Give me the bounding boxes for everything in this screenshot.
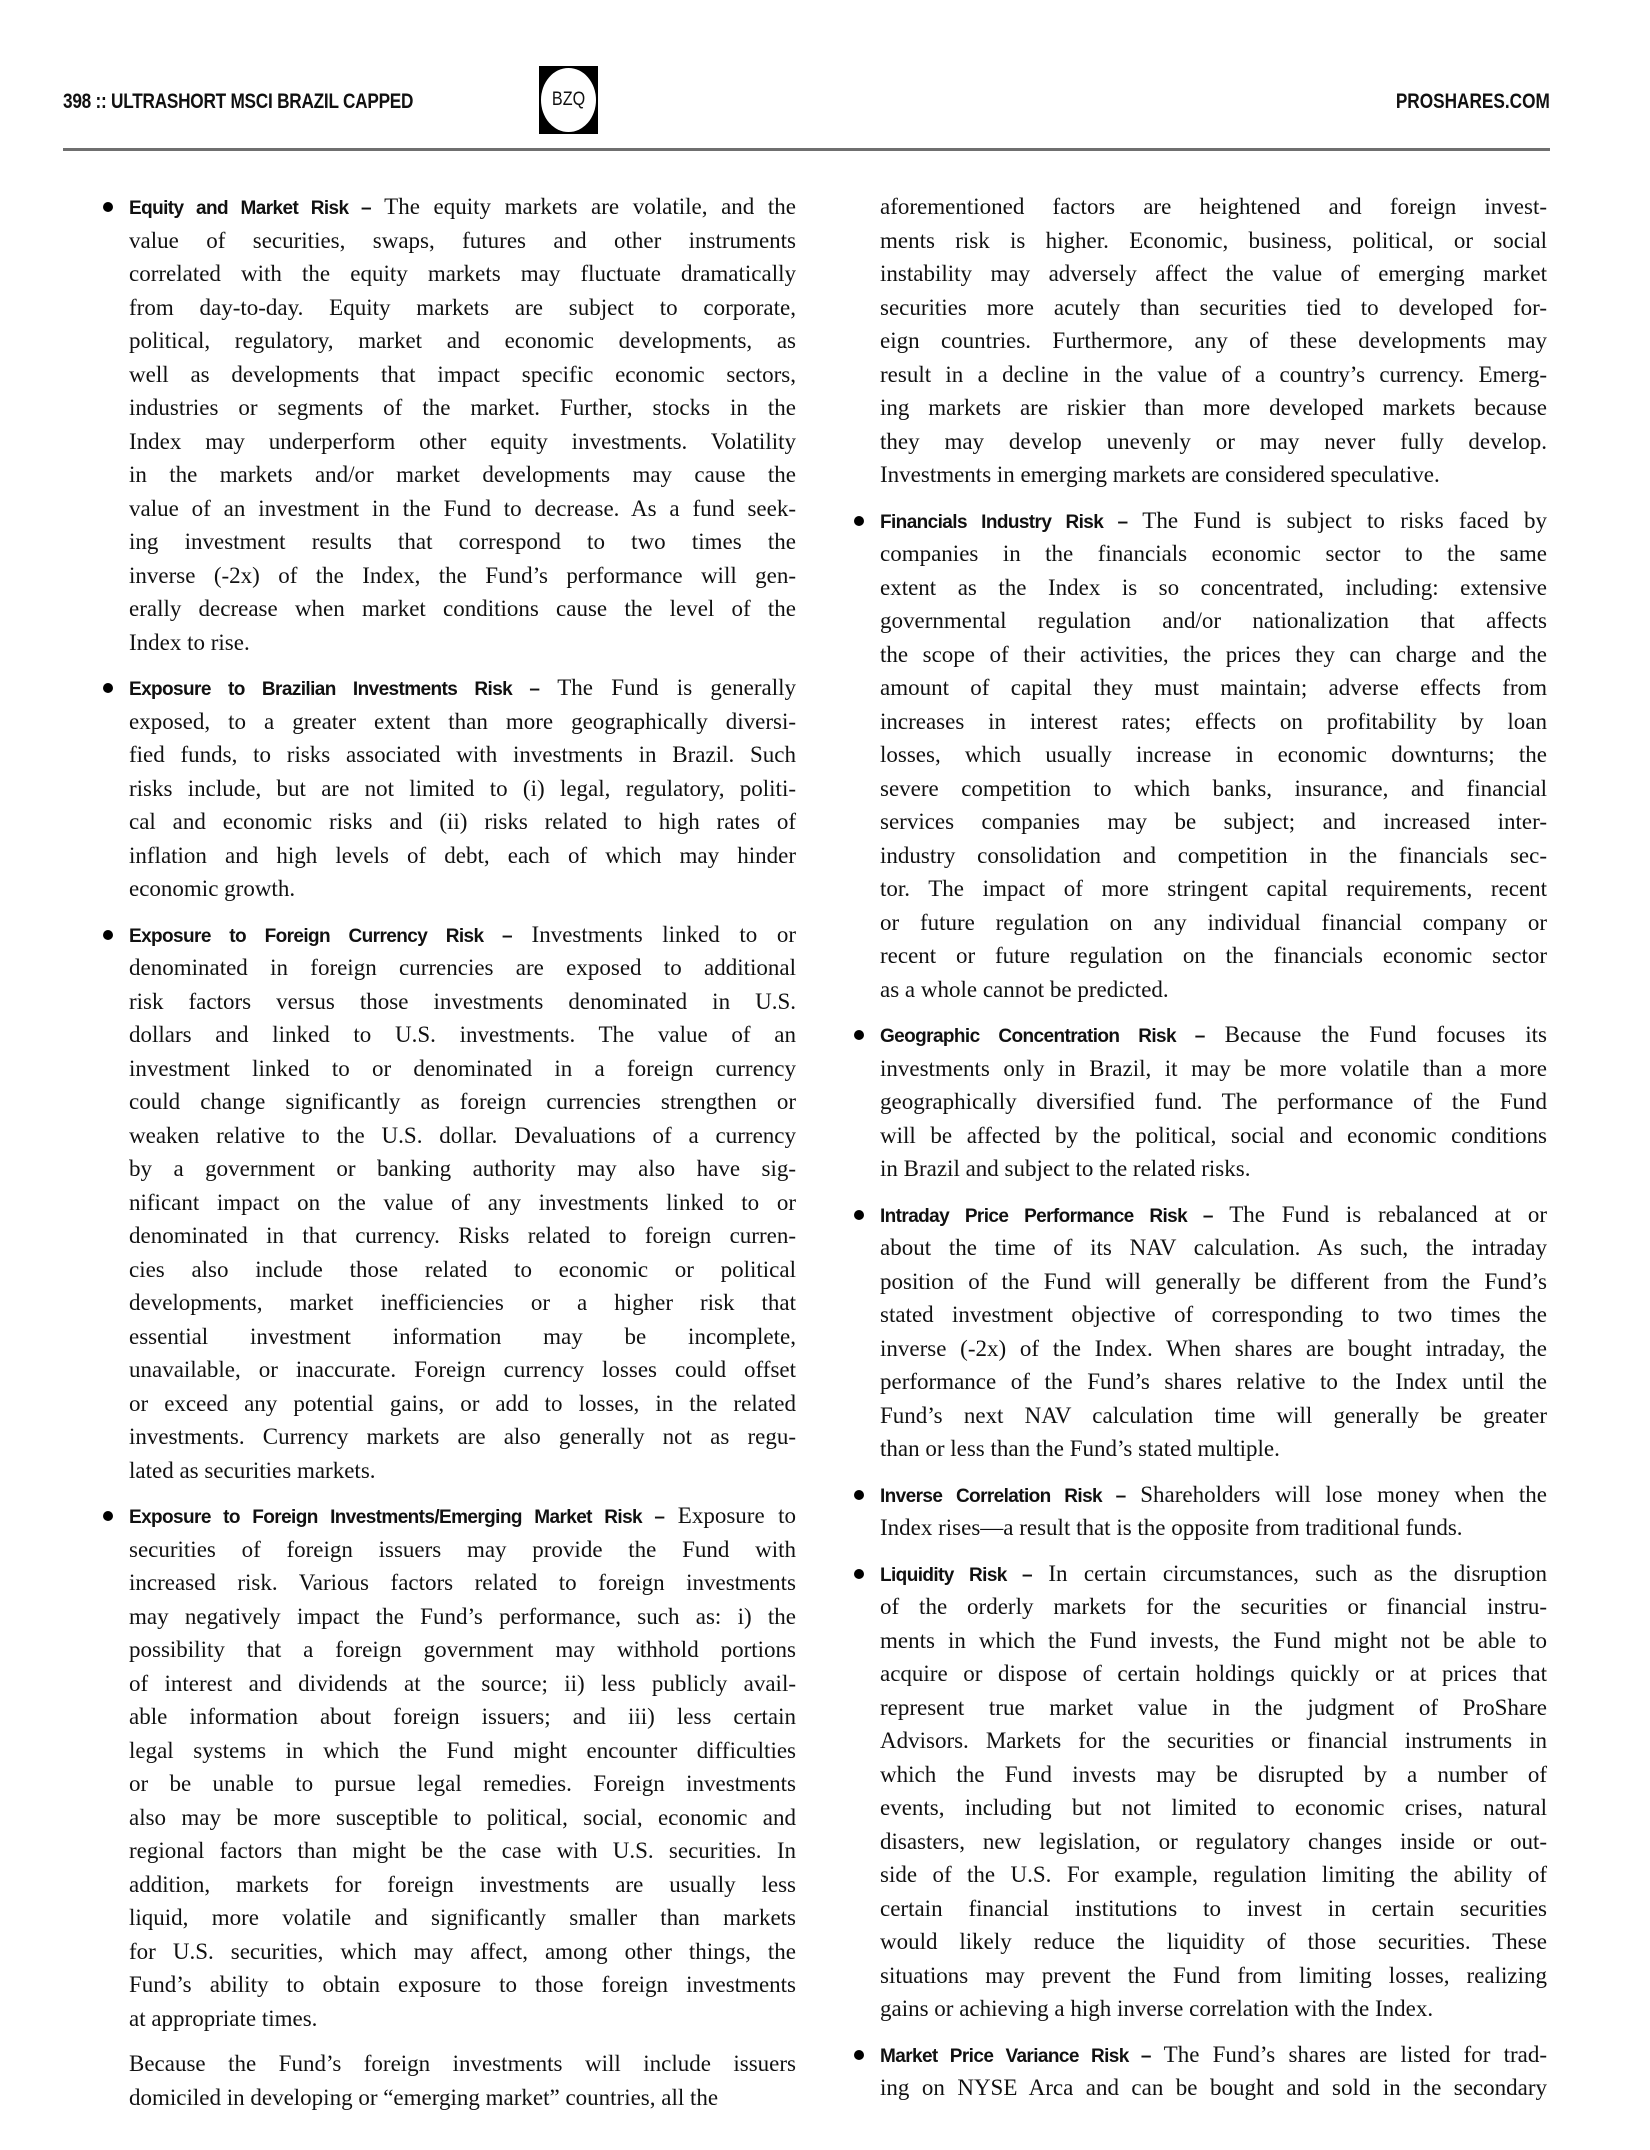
text-line-content: Index to rise.: [129, 626, 796, 660]
text-line-content: or exceed any potential gains, or add to…: [129, 1387, 796, 1421]
line-text: The Fund’s shares are listed for trad-: [1151, 2042, 1547, 2067]
line-text: position of the Fund will generally be d…: [880, 1269, 1547, 1294]
text-line: eign countries. Furthermore, any of thes…: [880, 324, 1547, 358]
line-text: securities of foreign issuers may provid…: [129, 1537, 796, 1562]
text-line: than or less than the Fund’s stated mult…: [880, 1432, 1547, 1466]
text-line: ing investment results that correspond t…: [129, 525, 796, 559]
line-text: investments only in Brazil, it may be mo…: [880, 1056, 1547, 1081]
line-text: or be unable to pursue legal remedies. F…: [129, 1771, 796, 1796]
line-text: Index may underperform other equity inve…: [129, 429, 796, 454]
text-line: possibility that a foreign government ma…: [129, 1633, 796, 1667]
text-line-content: eign countries. Furthermore, any of thes…: [880, 324, 1547, 358]
line-text: domiciled in developing or “emerging mar…: [129, 2085, 718, 2110]
risk-term-market-price-variance-risk: Market Price Variance Risk –: [880, 2046, 1151, 2067]
line-text: The equity markets are volatile, and the: [371, 194, 796, 219]
text-line: industry consolidation and competition i…: [880, 839, 1547, 873]
line-text: amount of capital they must maintain; ad…: [880, 675, 1547, 700]
text-line: ing on NYSE Arca and can be bought and s…: [880, 2071, 1547, 2105]
text-line-content: acquire or dispose of certain holdings q…: [880, 1657, 1547, 1691]
text-line: securities of foreign issuers may provid…: [129, 1533, 796, 1567]
text-line: liquid, more volatile and significantly …: [129, 1901, 796, 1935]
line-text: inverse (-2x) of the Index, the Fund’s p…: [129, 563, 796, 588]
text-line-content: risk factors versus those investments de…: [129, 985, 796, 1019]
text-line: increased risk. Various factors related …: [129, 1566, 796, 1600]
text-line: Index rises—a result that is the opposit…: [880, 1511, 1547, 1545]
text-line: would likely reduce the liquidity of tho…: [880, 1925, 1547, 1959]
line-text: the scope of their activities, the price…: [880, 642, 1547, 667]
line-text: of interest and dividends at the source;…: [129, 1671, 796, 1696]
line-text: stated investment objective of correspon…: [880, 1302, 1547, 1327]
line-text: in Brazil and subject to the related ris…: [880, 1156, 1250, 1181]
text-line-content: denominated in that currency. Risks rela…: [129, 1219, 796, 1253]
text-line: recent or future regulation on the finan…: [880, 939, 1547, 973]
text-line-content: recent or future regulation on the finan…: [880, 939, 1547, 973]
text-line: Index may underperform other equity inve…: [129, 425, 796, 459]
text-line: Fund’s ability to obtain exposure to tho…: [129, 1968, 796, 2002]
line-text: nificant impact on the value of any inve…: [129, 1190, 796, 1215]
text-line: companies in the financials economic sec…: [880, 537, 1547, 571]
text-line: cies also include those related to econo…: [129, 1253, 796, 1287]
text-line: performance of the Fund’s shares relativ…: [880, 1365, 1547, 1399]
text-line: inverse (-2x) of the Index. When shares …: [880, 1332, 1547, 1366]
line-text: side of the U.S. For example, regulation…: [880, 1862, 1547, 1887]
line-text: result in a decline in the value of a co…: [880, 362, 1547, 387]
text-line-content: Index rises—a result that is the opposit…: [880, 1511, 1547, 1545]
text-line: ments risk is higher. Economic, business…: [880, 224, 1547, 258]
line-text: value of an investment in the Fund to de…: [129, 496, 796, 521]
line-text: instability may adversely affect the val…: [880, 261, 1547, 286]
text-line: dollars and linked to U.S. investments. …: [129, 1018, 796, 1052]
text-line-content: investments. Currency markets are also g…: [129, 1420, 796, 1454]
line-text: addition, markets for foreign investment…: [129, 1872, 796, 1897]
line-text: ing investment results that correspond t…: [129, 529, 796, 554]
text-line-content: Intraday Price Performance Risk – The Fu…: [880, 1198, 1547, 1234]
header-divider: [63, 148, 1550, 151]
text-line: well as developments that impact specifi…: [129, 358, 796, 392]
text-line-content: ing markets are riskier than more develo…: [880, 391, 1547, 425]
line-text: weaken relative to the U.S. dollar. Deva…: [129, 1123, 796, 1148]
text-line: certain financial institutions to invest…: [880, 1892, 1547, 1926]
risk-term-exposure-to-brazilian-investments-risk: Exposure to Brazilian Investments Risk –: [129, 679, 539, 700]
line-text: cies also include those related to econo…: [129, 1257, 796, 1282]
line-text: investments. Currency markets are also g…: [129, 1424, 796, 1449]
line-text: services companies may be subject; and i…: [880, 809, 1547, 834]
text-line: in Brazil and subject to the related ris…: [880, 1152, 1547, 1186]
text-line: inflation and high levels of debt, each …: [129, 839, 796, 873]
site-link[interactable]: PROSHARES.COM: [1396, 90, 1550, 114]
text-line: weaken relative to the U.S. dollar. Deva…: [129, 1119, 796, 1153]
text-line: Market Price Variance Risk – The Fund’s …: [880, 2038, 1547, 2072]
line-text: or future regulation on any individual f…: [880, 910, 1547, 935]
text-line: extent as the Index is so concentrated, …: [880, 571, 1547, 605]
text-line-content: tor. The impact of more stringent capita…: [880, 872, 1547, 906]
bullet-icon: [854, 1210, 864, 1220]
line-text: also may be more susceptible to politica…: [129, 1805, 796, 1830]
text-line: in the markets and/or market development…: [129, 458, 796, 492]
line-text: regional factors than might be the case …: [129, 1838, 796, 1863]
text-line: correlated with the equity markets may f…: [129, 257, 796, 291]
page-title: 398 :: ULTRASHORT MSCI BRAZIL CAPPED: [63, 90, 413, 114]
text-line-content: Investments in emerging markets are cons…: [880, 458, 1547, 492]
text-line: geographically diversified fund. The per…: [880, 1085, 1547, 1119]
text-line-content: Financials Industry Risk – The Fund is s…: [880, 504, 1547, 540]
bullet-icon: [854, 1030, 864, 1040]
text-line: risks include, but are not limited to (i…: [129, 772, 796, 806]
line-text: about the time of its NAV calculation. A…: [880, 1235, 1547, 1260]
text-line: which the Fund invests may be disrupted …: [880, 1758, 1547, 1792]
text-line-content: value of an investment in the Fund to de…: [129, 492, 796, 526]
text-line-content: weaken relative to the U.S. dollar. Deva…: [129, 1119, 796, 1153]
text-line-content: inverse (-2x) of the Index, the Fund’s p…: [129, 559, 796, 593]
text-line: industries or segments of the market. Fu…: [129, 391, 796, 425]
text-line-content: than or less than the Fund’s stated mult…: [880, 1432, 1547, 1466]
line-text: Index to rise.: [129, 630, 250, 655]
text-line-content: unavailable, or inaccurate. Foreign curr…: [129, 1353, 796, 1387]
line-text: In certain circumstances, such as the di…: [1032, 1561, 1547, 1586]
text-line: tor. The impact of more stringent capita…: [880, 872, 1547, 906]
line-text: investment linked to or denominated in a…: [129, 1056, 796, 1081]
line-text: severe competition to which banks, insur…: [880, 776, 1547, 801]
text-line: Fund’s next NAV calculation time will ge…: [880, 1399, 1547, 1433]
ticker-label: BZQ: [552, 89, 585, 111]
text-line-content: also may be more susceptible to politica…: [129, 1801, 796, 1835]
text-line: securities more acutely than securities …: [880, 291, 1547, 325]
line-text: risk factors versus those investments de…: [129, 989, 796, 1014]
text-line: about the time of its NAV calculation. A…: [880, 1231, 1547, 1265]
text-line-content: governmental regulation and/or nationali…: [880, 604, 1547, 638]
text-line: Exposure to Brazilian Investments Risk –…: [129, 671, 796, 705]
line-text: by a government or banking authority may…: [129, 1156, 796, 1181]
text-line: result in a decline in the value of a co…: [880, 358, 1547, 392]
text-line: able information about foreign issuers; …: [129, 1700, 796, 1734]
risk-term-exposure-to-foreign-investments-emerging-market-risk: Exposure to Foreign Investments/Emerging…: [129, 1507, 664, 1528]
text-line-content: securities of foreign issuers may provid…: [129, 1533, 796, 1567]
text-line: Index to rise.: [129, 626, 796, 660]
line-text: dollars and linked to U.S. investments. …: [129, 1022, 796, 1047]
text-line-content: could change significantly as foreign cu…: [129, 1085, 796, 1119]
line-text: essential investment information may be …: [129, 1324, 796, 1349]
text-line-content: exposed, to a greater extent than more g…: [129, 705, 796, 739]
line-text: securities more acutely than securities …: [880, 295, 1547, 320]
text-line: position of the Fund will generally be d…: [880, 1265, 1547, 1299]
text-line-content: Exposure to Brazilian Investments Risk –…: [129, 671, 796, 707]
line-text: geographically diversified fund. The per…: [880, 1089, 1547, 1114]
text-line: of interest and dividends at the source;…: [129, 1667, 796, 1701]
text-line-content: Inverse Correlation Risk – Shareholders …: [880, 1478, 1547, 1514]
line-text: gains or achieving a high inverse correl…: [880, 1996, 1433, 2021]
text-line-content: nificant impact on the value of any inve…: [129, 1186, 796, 1220]
ticker-badge: BZQ: [539, 66, 598, 134]
text-line-content: geographically diversified fund. The per…: [880, 1085, 1547, 1119]
line-text: ments risk is higher. Economic, business…: [880, 228, 1547, 253]
text-line-content: inflation and high levels of debt, each …: [129, 839, 796, 873]
line-text: The Fund is subject to risks faced by: [1127, 508, 1547, 533]
line-text: unavailable, or inaccurate. Foreign curr…: [129, 1357, 796, 1382]
risk-item-geographic-concentration-risk: Geographic Concentration Risk – Because …: [880, 1018, 1547, 1186]
text-line: acquire or dispose of certain holdings q…: [880, 1657, 1547, 1691]
text-line: as a whole cannot be predicted.: [880, 973, 1547, 1007]
text-line-content: investments only in Brazil, it may be mo…: [880, 1052, 1547, 1086]
text-line: Advisors. Markets for the securities or …: [880, 1724, 1547, 1758]
text-line: stated investment objective of correspon…: [880, 1298, 1547, 1332]
line-text: Shareholders will lose money when the: [1126, 1482, 1547, 1507]
text-line-content: represent true market value in the judgm…: [880, 1691, 1547, 1725]
text-line-content: value of securities, swaps, futures and …: [129, 224, 796, 258]
bullet-icon: [854, 1569, 864, 1579]
line-text: from day-to-day. Equity markets are subj…: [129, 295, 796, 320]
text-line-content: in Brazil and subject to the related ris…: [880, 1152, 1547, 1186]
text-line-content: well as developments that impact specifi…: [129, 358, 796, 392]
line-text: increases in interest rates; effects on …: [880, 709, 1547, 734]
text-line: or exceed any potential gains, or add to…: [129, 1387, 796, 1421]
text-line: or be unable to pursue legal remedies. F…: [129, 1767, 796, 1801]
risk-term-exposure-to-foreign-currency-risk: Exposure to Foreign Currency Risk –: [129, 926, 512, 947]
text-line-content: risks include, but are not limited to (i…: [129, 772, 796, 806]
line-text: disasters, new legislation, or regulator…: [880, 1829, 1547, 1854]
text-line-content: in the markets and/or market development…: [129, 458, 796, 492]
risk-item-exposure-to-brazilian-investments-risk: Exposure to Brazilian Investments Risk –…: [129, 671, 796, 906]
text-line-content: Because the Fund’s foreign investments w…: [129, 2047, 796, 2081]
text-line-content: economic growth.: [129, 872, 796, 906]
text-line-content: severe competition to which banks, insur…: [880, 772, 1547, 806]
line-text: would likely reduce the liquidity of tho…: [880, 1929, 1547, 1954]
text-line: legal systems in which the Fund might en…: [129, 1734, 796, 1768]
text-line: may negatively impact the Fund’s perform…: [129, 1600, 796, 1634]
risk-term-liquidity-risk: Liquidity Risk –: [880, 1565, 1032, 1586]
line-text: well as developments that impact specifi…: [129, 362, 796, 387]
text-line-content: position of the Fund will generally be d…: [880, 1265, 1547, 1299]
text-line: amount of capital they must maintain; ad…: [880, 671, 1547, 705]
text-line-content: of interest and dividends at the source;…: [129, 1667, 796, 1701]
text-line-content: result in a decline in the value of a co…: [880, 358, 1547, 392]
text-line-content: lated as securities markets.: [129, 1454, 796, 1488]
line-text: lated as securities markets.: [129, 1458, 376, 1483]
text-line-content: Equity and Market Risk – The equity mark…: [129, 190, 796, 226]
text-line: ing markets are riskier than more develo…: [880, 391, 1547, 425]
line-text: in the markets and/or market development…: [129, 462, 796, 487]
line-text: The Fund is rebalanced at or: [1213, 1202, 1547, 1227]
risk-item-exposure-to-foreign-currency-risk: Exposure to Foreign Currency Risk – Inve…: [129, 918, 796, 1488]
text-line: at appropriate times.: [129, 2002, 796, 2036]
text-line: addition, markets for foreign investment…: [129, 1868, 796, 1902]
text-line-content: disasters, new legislation, or regulator…: [880, 1825, 1547, 1859]
line-text: acquire or dispose of certain holdings q…: [880, 1661, 1547, 1686]
text-line: Investments in emerging markets are cons…: [880, 458, 1547, 492]
text-line: gains or achieving a high inverse correl…: [880, 1992, 1547, 2026]
text-line-content: they may develop unevenly or may never f…: [880, 425, 1547, 459]
text-line: Inverse Correlation Risk – Shareholders …: [880, 1478, 1547, 1512]
text-line: Equity and Market Risk – The equity mark…: [129, 190, 796, 224]
text-line-content: addition, markets for foreign investment…: [129, 1868, 796, 1902]
bullet-icon: [854, 1490, 864, 1500]
text-line: value of securities, swaps, futures and …: [129, 224, 796, 258]
text-line-content: possibility that a foreign government ma…: [129, 1633, 796, 1667]
line-text: economic growth.: [129, 876, 295, 901]
continuation-paragraph: aforementioned factors are heightened an…: [880, 190, 1547, 492]
risk-item-inverse-correlation-risk: Inverse Correlation Risk – Shareholders …: [880, 1478, 1547, 1545]
risk-item-exposure-to-foreign-investments-emerging-market-risk: Exposure to Foreign Investments/Emerging…: [129, 1499, 796, 2035]
text-line-content: investment linked to or denominated in a…: [129, 1052, 796, 1086]
line-text: able information about foreign issuers; …: [129, 1704, 796, 1729]
line-text: erally decrease when market conditions c…: [129, 596, 796, 621]
line-text: inverse (-2x) of the Index. When shares …: [880, 1336, 1547, 1361]
line-text: Fund’s ability to obtain exposure to tho…: [129, 1972, 796, 1997]
text-line-content: legal systems in which the Fund might en…: [129, 1734, 796, 1768]
text-line: developments, market inefficiencies or a…: [129, 1286, 796, 1320]
text-line: will be affected by the political, socia…: [880, 1119, 1547, 1153]
text-line-content: may negatively impact the Fund’s perform…: [129, 1600, 796, 1634]
text-line: domiciled in developing or “emerging mar…: [129, 2081, 796, 2115]
line-text: Advisors. Markets for the securities or …: [880, 1728, 1547, 1753]
line-text: performance of the Fund’s shares relativ…: [880, 1369, 1547, 1394]
text-line: situations may prevent the Fund from lim…: [880, 1959, 1547, 1993]
text-line-content: about the time of its NAV calculation. A…: [880, 1231, 1547, 1265]
line-text: aforementioned factors are heightened an…: [880, 194, 1547, 219]
text-line-content: events, including but not limited to eco…: [880, 1791, 1547, 1825]
text-line: events, including but not limited to eco…: [880, 1791, 1547, 1825]
text-line-content: ing investment results that correspond t…: [129, 525, 796, 559]
line-text: than or less than the Fund’s stated mult…: [880, 1436, 1280, 1461]
line-text: will be affected by the political, socia…: [880, 1123, 1547, 1148]
text-line-content: industry consolidation and competition i…: [880, 839, 1547, 873]
text-line: also may be more susceptible to politica…: [129, 1801, 796, 1835]
line-text: industry consolidation and competition i…: [880, 843, 1547, 868]
text-line-content: from day-to-day. Equity markets are subj…: [129, 291, 796, 325]
text-line: unavailable, or inaccurate. Foreign curr…: [129, 1353, 796, 1387]
risk-term-financials-industry-risk: Financials Industry Risk –: [880, 512, 1127, 533]
text-line-content: amount of capital they must maintain; ad…: [880, 671, 1547, 705]
text-line-content: Geographic Concentration Risk – Because …: [880, 1018, 1547, 1054]
text-line-content: instability may adversely affect the val…: [880, 257, 1547, 291]
line-text: Because the Fund’s foreign investments w…: [129, 2051, 796, 2076]
text-line-content: the scope of their activities, the price…: [880, 638, 1547, 672]
line-text: at appropriate times.: [129, 2006, 317, 2031]
risk-item-intraday-price-performance-risk: Intraday Price Performance Risk – The Fu…: [880, 1198, 1547, 1466]
line-text: could change significantly as foreign cu…: [129, 1089, 796, 1114]
text-line: increases in interest rates; effects on …: [880, 705, 1547, 739]
line-text: may negatively impact the Fund’s perform…: [129, 1604, 796, 1629]
text-line-content: ments risk is higher. Economic, business…: [880, 224, 1547, 258]
line-text: increased risk. Various factors related …: [129, 1570, 796, 1595]
text-line-content: gains or achieving a high inverse correl…: [880, 1992, 1547, 2026]
line-text: Because the Fund focuses its: [1205, 1022, 1547, 1047]
text-line-content: would likely reduce the liquidity of tho…: [880, 1925, 1547, 1959]
text-line: denominated in that currency. Risks rela…: [129, 1219, 796, 1253]
text-line-content: ing on NYSE Arca and can be bought and s…: [880, 2071, 1547, 2105]
text-line-content: Fund’s next NAV calculation time will ge…: [880, 1399, 1547, 1433]
text-line-content: extent as the Index is so concentrated, …: [880, 571, 1547, 605]
bullet-icon: [103, 202, 113, 212]
risk-term-intraday-price-performance-risk: Intraday Price Performance Risk –: [880, 1206, 1213, 1227]
line-text: developments, market inefficiencies or a…: [129, 1290, 796, 1315]
line-text: correlated with the equity markets may f…: [129, 261, 796, 286]
text-line-content: regional factors than might be the case …: [129, 1834, 796, 1868]
text-line-content: ments in which the Fund invests, the Fun…: [880, 1624, 1547, 1658]
bullet-icon: [103, 1511, 113, 1521]
text-line: Intraday Price Performance Risk – The Fu…: [880, 1198, 1547, 1232]
line-text: as a whole cannot be predicted.: [880, 977, 1169, 1002]
line-text: value of securities, swaps, futures and …: [129, 228, 796, 253]
text-line: Financials Industry Risk – The Fund is s…: [880, 504, 1547, 538]
text-line-content: denominated in foreign currencies are ex…: [129, 951, 796, 985]
line-text: Fund’s next NAV calculation time will ge…: [880, 1403, 1547, 1428]
line-text: Index rises—a result that is the opposit…: [880, 1515, 1463, 1540]
text-line-content: or be unable to pursue legal remedies. F…: [129, 1767, 796, 1801]
text-line: side of the U.S. For example, regulation…: [880, 1858, 1547, 1892]
text-line-content: domiciled in developing or “emerging mar…: [129, 2081, 796, 2115]
text-line: ments in which the Fund invests, the Fun…: [880, 1624, 1547, 1658]
text-line-content: performance of the Fund’s shares relativ…: [880, 1365, 1547, 1399]
text-line: instability may adversely affect the val…: [880, 257, 1547, 291]
text-line: fied funds, to risks associated with inv…: [129, 738, 796, 772]
text-line: from day-to-day. Equity markets are subj…: [129, 291, 796, 325]
text-line-content: Exposure to Foreign Currency Risk – Inve…: [129, 918, 796, 954]
line-text: ing on NYSE Arca and can be bought and s…: [880, 2075, 1547, 2100]
text-line-content: cal and economic risks and (ii) risks re…: [129, 805, 796, 839]
text-line: investment linked to or denominated in a…: [129, 1052, 796, 1086]
text-line-content: which the Fund invests may be disrupted …: [880, 1758, 1547, 1792]
ticker-badge-circle: BZQ: [541, 68, 596, 132]
risk-term-equity-and-market-risk: Equity and Market Risk –: [129, 198, 371, 219]
line-text: possibility that a foreign government ma…: [129, 1637, 796, 1662]
text-line-content: at appropriate times.: [129, 2002, 796, 2036]
bullet-icon: [103, 683, 113, 693]
text-line: severe competition to which banks, insur…: [880, 772, 1547, 806]
line-text: Investments in emerging markets are cons…: [880, 462, 1440, 487]
line-text: exposed, to a greater extent than more g…: [129, 709, 796, 734]
text-line-content: Fund’s ability to obtain exposure to tho…: [129, 1968, 796, 2002]
text-line: or future regulation on any individual f…: [880, 906, 1547, 940]
line-text: situations may prevent the Fund from lim…: [880, 1963, 1547, 1988]
text-line-content: Market Price Variance Risk – The Fund’s …: [880, 2038, 1547, 2074]
line-text: or exceed any potential gains, or add to…: [129, 1391, 796, 1416]
text-line-content: services companies may be subject; and i…: [880, 805, 1547, 839]
text-line: for U.S. securities, which may affect, a…: [129, 1935, 796, 1969]
line-text: fied funds, to risks associated with inv…: [129, 742, 796, 767]
line-text: industries or segments of the market. Fu…: [129, 395, 796, 420]
text-line-content: liquid, more volatile and significantly …: [129, 1901, 796, 1935]
text-line: Because the Fund’s foreign investments w…: [129, 2047, 796, 2081]
text-line-content: will be affected by the political, socia…: [880, 1119, 1547, 1153]
text-line: investments. Currency markets are also g…: [129, 1420, 796, 1454]
line-text: ing markets are riskier than more develo…: [880, 395, 1547, 420]
text-line-content: stated investment objective of correspon…: [880, 1298, 1547, 1332]
text-line: they may develop unevenly or may never f…: [880, 425, 1547, 459]
line-text: legal systems in which the Fund might en…: [129, 1738, 796, 1763]
text-line: investments only in Brazil, it may be mo…: [880, 1052, 1547, 1086]
text-line: essential investment information may be …: [129, 1320, 796, 1354]
line-text: liquid, more volatile and significantly …: [129, 1905, 796, 1930]
line-text: events, including but not limited to eco…: [880, 1795, 1547, 1820]
text-line-content: by a government or banking authority may…: [129, 1152, 796, 1186]
line-text: recent or future regulation on the finan…: [880, 943, 1547, 968]
text-line: Exposure to Foreign Investments/Emerging…: [129, 1499, 796, 1533]
bullet-icon: [854, 516, 864, 526]
text-line-content: Liquidity Risk – In certain circumstance…: [880, 1557, 1547, 1593]
text-line-content: essential investment information may be …: [129, 1320, 796, 1354]
text-line-content: for U.S. securities, which may affect, a…: [129, 1935, 796, 1969]
text-line: erally decrease when market conditions c…: [129, 592, 796, 626]
risk-item-liquidity-risk: Liquidity Risk – In certain circumstance…: [880, 1557, 1547, 2026]
page-header: 398 :: ULTRASHORT MSCI BRAZIL CAPPED BZQ…: [0, 0, 1650, 160]
text-line-content: or future regulation on any individual f…: [880, 906, 1547, 940]
text-line: governmental regulation and/or nationali…: [880, 604, 1547, 638]
continuation-paragraph: Because the Fund’s foreign investments w…: [129, 2047, 796, 2114]
text-line: nificant impact on the value of any inve…: [129, 1186, 796, 1220]
line-text: for U.S. securities, which may affect, a…: [129, 1939, 796, 1964]
text-line-content: Advisors. Markets for the securities or …: [880, 1724, 1547, 1758]
text-line: lated as securities markets.: [129, 1454, 796, 1488]
